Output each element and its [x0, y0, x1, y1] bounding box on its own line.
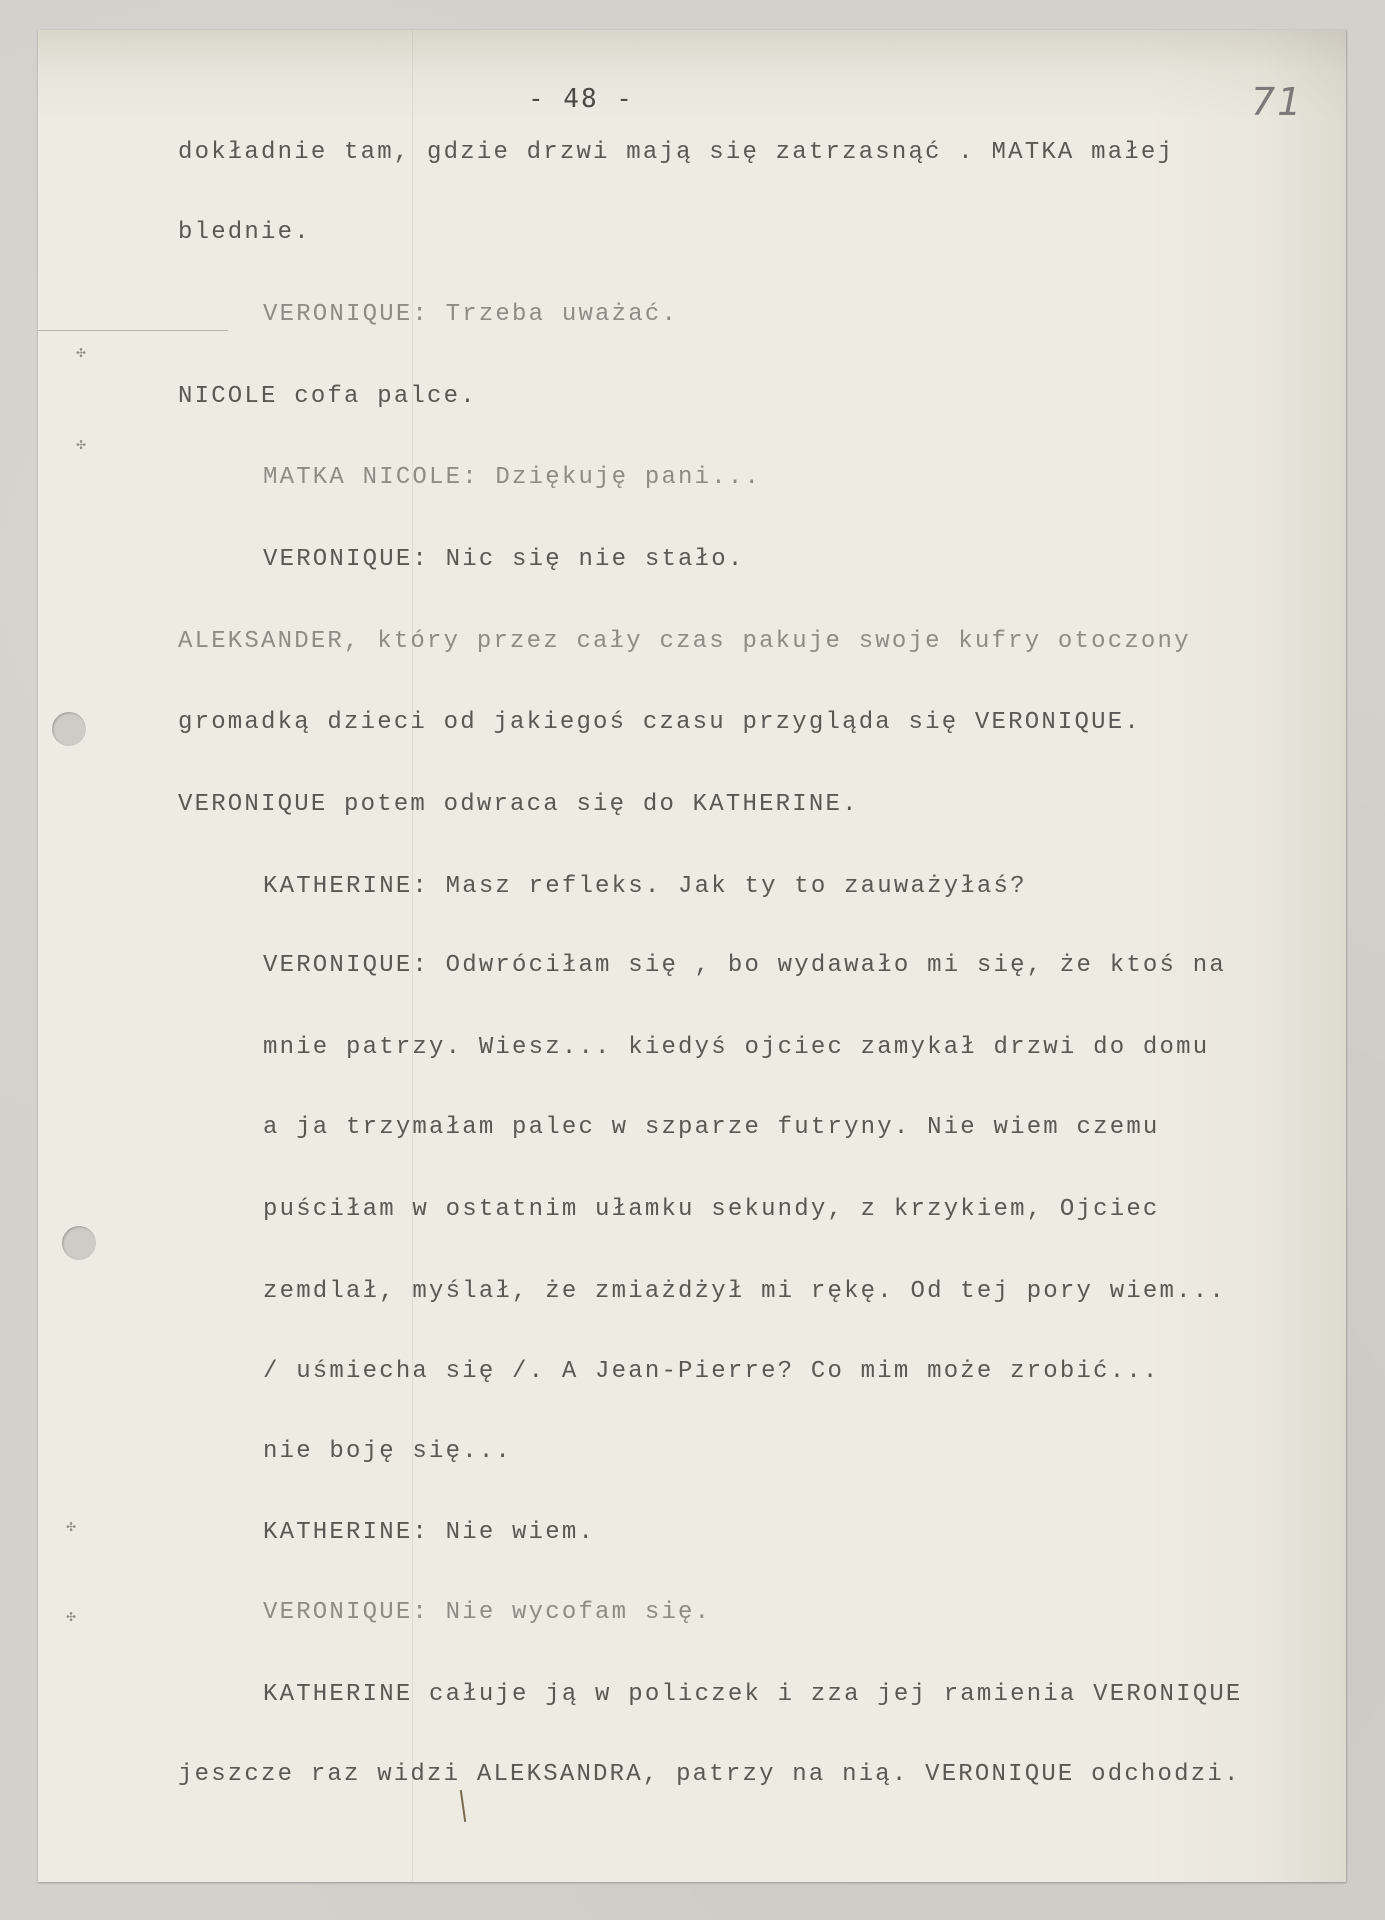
- handwritten-archive-number: 71: [1251, 80, 1303, 124]
- text-line: gromadką dzieci od jakiegoś czasu przygl…: [178, 709, 1141, 737]
- text-line: blednie.: [178, 219, 311, 247]
- dialogue-line: KATHERINE: Nie wiem.: [263, 1519, 595, 1547]
- page-number: - 48 -: [528, 84, 634, 114]
- dialogue-line: zemdlał, myślał, że zmiażdżył mi rękę. O…: [263, 1278, 1226, 1306]
- dialogue-line: MATKA NICOLE: Dziękuję pani...: [263, 464, 761, 492]
- text-line: NICOLE cofa palce.: [178, 383, 477, 411]
- dialogue-line: nie boję się...: [263, 1438, 512, 1466]
- typewritten-page: ✣ ✣ ✣ ✣ - 48 - 71 dokładnie tam, gdzie d…: [38, 30, 1346, 1882]
- text-line: jeszcze raz widzi ALEKSANDRA, patrzy na …: [178, 1761, 1241, 1789]
- dialogue-line: a ja trzymałam palec w szparze futryny. …: [263, 1114, 1160, 1142]
- dialogue-line: VERONIQUE: Trzeba uważać.: [263, 301, 678, 329]
- staple-mark-icon: ✣: [74, 348, 88, 358]
- staple-mark-icon: ✣: [64, 1612, 78, 1622]
- stray-pen-mark: [460, 1790, 466, 1822]
- dialogue-line: VERONIQUE: Nie wycofam się.: [263, 1599, 711, 1627]
- dialogue-line: puściłam w ostatnim ułamku sekundy, z kr…: [263, 1196, 1160, 1224]
- margin-pencil-line: [38, 330, 228, 331]
- staple-mark-icon: ✣: [74, 440, 88, 450]
- dialogue-line: KATHERINE: Masz refleks. Jak ty to zauwa…: [263, 873, 1027, 901]
- text-line: ALEKSANDER, który przez cały czas pakuje…: [178, 628, 1191, 656]
- text-line: KATHERINE całuje ją w policzek i zza jej…: [263, 1681, 1243, 1709]
- punch-hole: [52, 712, 86, 746]
- staple-mark-icon: ✣: [64, 1522, 78, 1532]
- dialogue-line: / uśmiecha się /. A Jean-Pierre? Co mim …: [263, 1358, 1160, 1386]
- text-line: VERONIQUE potem odwraca się do KATHERINE…: [178, 791, 859, 819]
- punch-hole: [62, 1226, 96, 1260]
- dialogue-line: VERONIQUE: Odwróciłam się , bo wydawało …: [263, 952, 1226, 980]
- dialogue-line: VERONIQUE: Nic się nie stało.: [263, 546, 744, 574]
- dialogue-line: mnie patrzy. Wiesz... kiedyś ojciec zamy…: [263, 1034, 1209, 1062]
- text-line: dokładnie tam, gdzie drzwi mają się zatr…: [178, 139, 1174, 167]
